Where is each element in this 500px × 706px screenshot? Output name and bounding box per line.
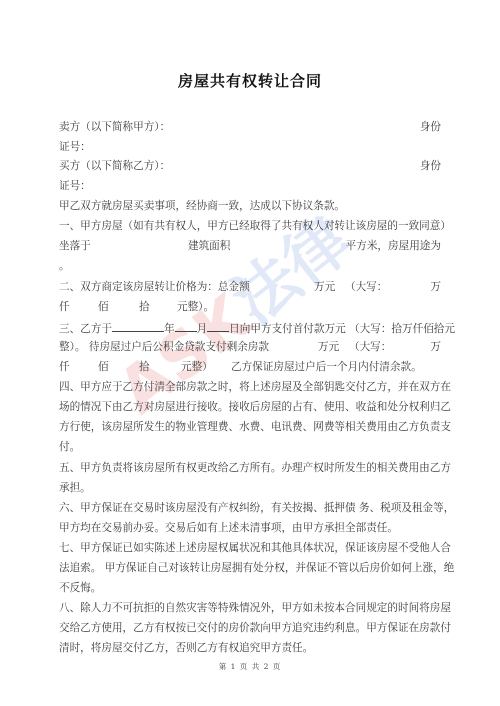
buyer-line: 买方（以下简称乙方）： 身份 [59, 159, 441, 173]
month-blank[interactable] [175, 320, 197, 332]
clause-4-line-3: 方行使，该房屋所发生的物业管理费、水费、电讯费、网费等相关费用由乙方负责支 [59, 420, 441, 434]
seller-id-line: 证号： [59, 140, 441, 154]
clause-6-line-2: 甲方均在交易前办妥。交易后如有上述未清事项，由甲方承担全部责任。 [59, 521, 441, 535]
clause-4-line-1: 四、甲方应于乙方付清全部房款之时，将上述房屋及全部钥匙交付乙方，并在双方在 [59, 380, 441, 394]
page-number: 第 1 页 共 2 页 [0, 661, 500, 672]
clause-7-line-3: 不反悔。 [59, 581, 441, 595]
buyer-id-line: 证号： [59, 179, 441, 193]
document-page: ASK法律 房屋共有权转让合同 卖方（以下简称甲方）： 身份 证号： 买方（以下… [0, 0, 500, 706]
seller-line: 卖方（以下简称甲方）： 身份 [59, 120, 441, 134]
clause-8-line-1: 八、除人力不可抗拒的自然灾害等特殊情况外，甲方如未按本合同规定的时间将房屋 [59, 601, 441, 615]
clause-8-line-3: 清时，将房屋交付乙方，否则乙方有权追究甲方责任。 [59, 641, 441, 655]
clause-1-line-1: 一、甲方房屋（如有共有权人，甲方已经取得了共有权人对转让该房屋的一致同意） [59, 219, 441, 233]
clause-3-line-1: 三、乙方于年月日向甲方支付首付款万元 （大写：拾万仟佰拾元 [59, 320, 441, 336]
clause-5-line-2: 承担。 [59, 481, 441, 495]
clause-1-line-3: 。 [59, 259, 441, 273]
clause-7-line-2: 法追索。 甲方保证自己对该转让房屋拥有处分权，并保证不管以后房价如何上涨，绝 [59, 561, 441, 575]
year-blank[interactable] [112, 320, 164, 332]
clause-8-line-2: 交给乙方使用，乙方有权按已交付的房价款向甲方追究违约利息。甲方保证在房款付 [59, 621, 441, 635]
day-blank[interactable] [207, 320, 229, 332]
preamble: 甲乙双方就房屋买卖事项，经协商一致，达成以下协议条款。 [59, 199, 441, 213]
clause-5-line-1: 五、甲方负责将该房屋所有权更改给乙方所有。办理产权时所发生的相关费用由乙方 [59, 461, 441, 475]
document-title: 房屋共有权转让合同 [0, 70, 500, 91]
clause-4-line-4: 付。 [59, 440, 441, 454]
clause-4-line-2: 场的情况下由乙方对房屋进行接收。接收后房屋的占有、使用、收益和处分权利归乙 [59, 400, 441, 414]
clause-6-line-1: 六、甲方保证在交易时该房屋没有产权纠纷，有关按揭、抵押债 务、税项及租金等， [59, 501, 441, 515]
clause-7-line-1: 七、甲方保证已如实陈述上述房屋权属状况和其他具体状况，保证该房屋不受他人合 [59, 541, 441, 555]
